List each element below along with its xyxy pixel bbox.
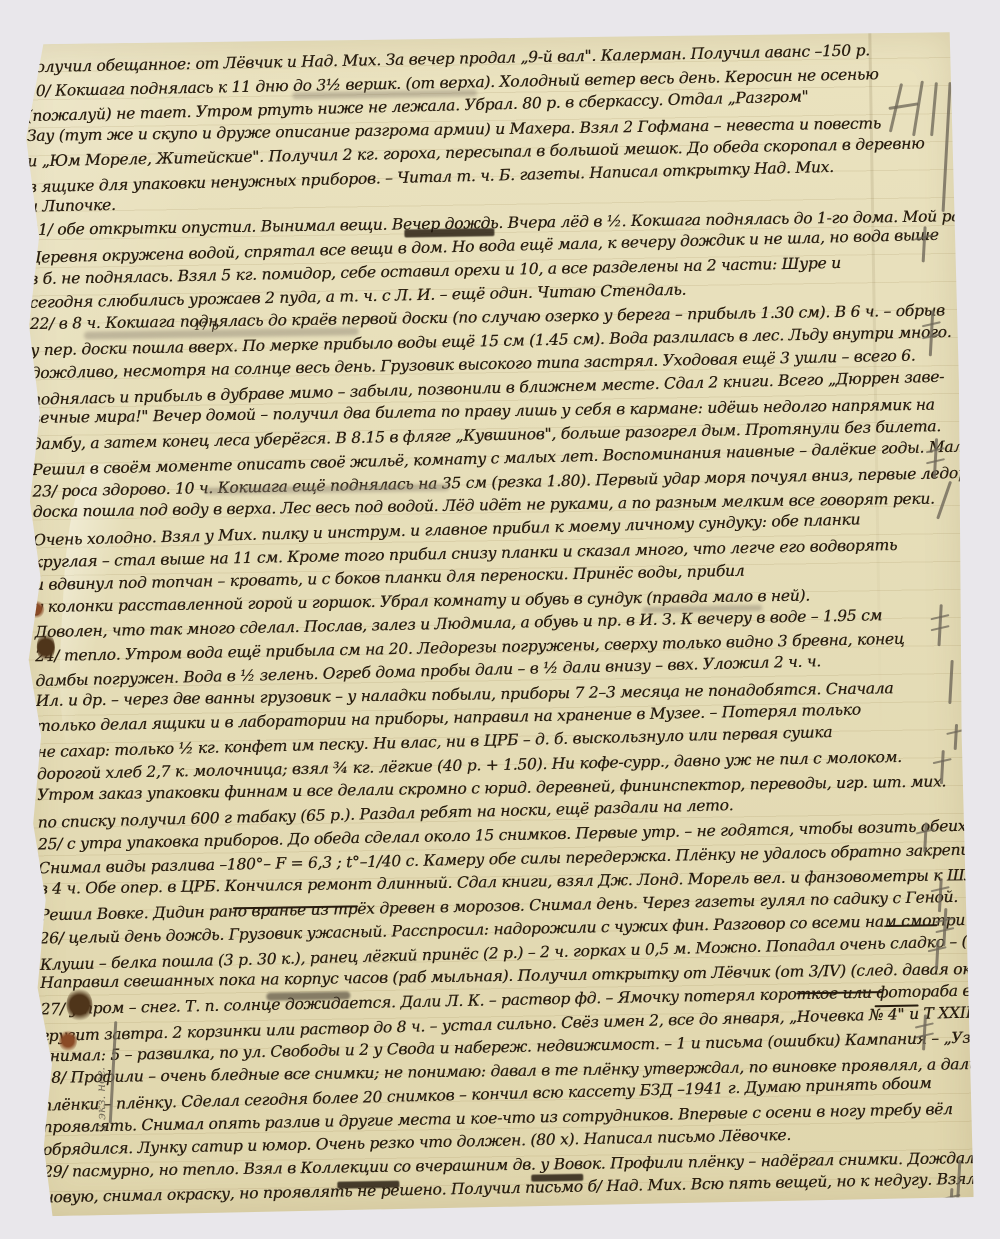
pencil-dcross-mark bbox=[934, 438, 939, 478]
pencil-dcross-mark bbox=[930, 310, 935, 356]
pencil-cross-mark bbox=[36, 1202, 40, 1216]
pencil-dcross-mark bbox=[923, 1014, 928, 1050]
rust-stain bbox=[17, 552, 39, 578]
handwritten-line: и Липочке. bbox=[28, 198, 116, 215]
pencil-cross-mark bbox=[922, 226, 927, 262]
pencil-cross-mark bbox=[941, 750, 946, 784]
pencil-cross-mark bbox=[939, 878, 944, 912]
rust-stain bbox=[59, 1030, 77, 1052]
pencil-cross-mark bbox=[924, 822, 928, 852]
ink-strikeout bbox=[404, 228, 494, 237]
pencil-slant-mark bbox=[942, 480, 947, 520]
ink-smudge bbox=[266, 991, 350, 1000]
photo-background: получил обещанное: от Лёвчик и Над. Мих.… bbox=[0, 0, 1000, 1239]
ink-strikeout bbox=[337, 1181, 399, 1189]
pencil-cross-mark bbox=[949, 1188, 953, 1216]
pencil-dcross-mark bbox=[943, 908, 948, 946]
rust-stain bbox=[28, 600, 44, 618]
diary-page: получил обещанное: от Лёвчик и Над. Мих.… bbox=[13, 30, 973, 1217]
margin-note-vertical: 2 экз. нег. bbox=[94, 1114, 204, 1132]
dark-stain bbox=[23, 756, 35, 770]
dark-stain bbox=[37, 632, 55, 662]
pencil-cross-mark bbox=[936, 940, 940, 970]
handwritten-text: получил обещанное: от Лёвчик и Над. Мих.… bbox=[13, 30, 973, 1217]
pencil-stroke-mark bbox=[949, 660, 954, 704]
pencil-dcross-mark bbox=[938, 604, 943, 646]
pencil-page-number-scribble bbox=[888, 80, 961, 143]
ink-strikeout bbox=[531, 1174, 583, 1182]
pencil-stroke-mark bbox=[111, 1021, 117, 1123]
pencil-cross-mark bbox=[954, 724, 958, 750]
